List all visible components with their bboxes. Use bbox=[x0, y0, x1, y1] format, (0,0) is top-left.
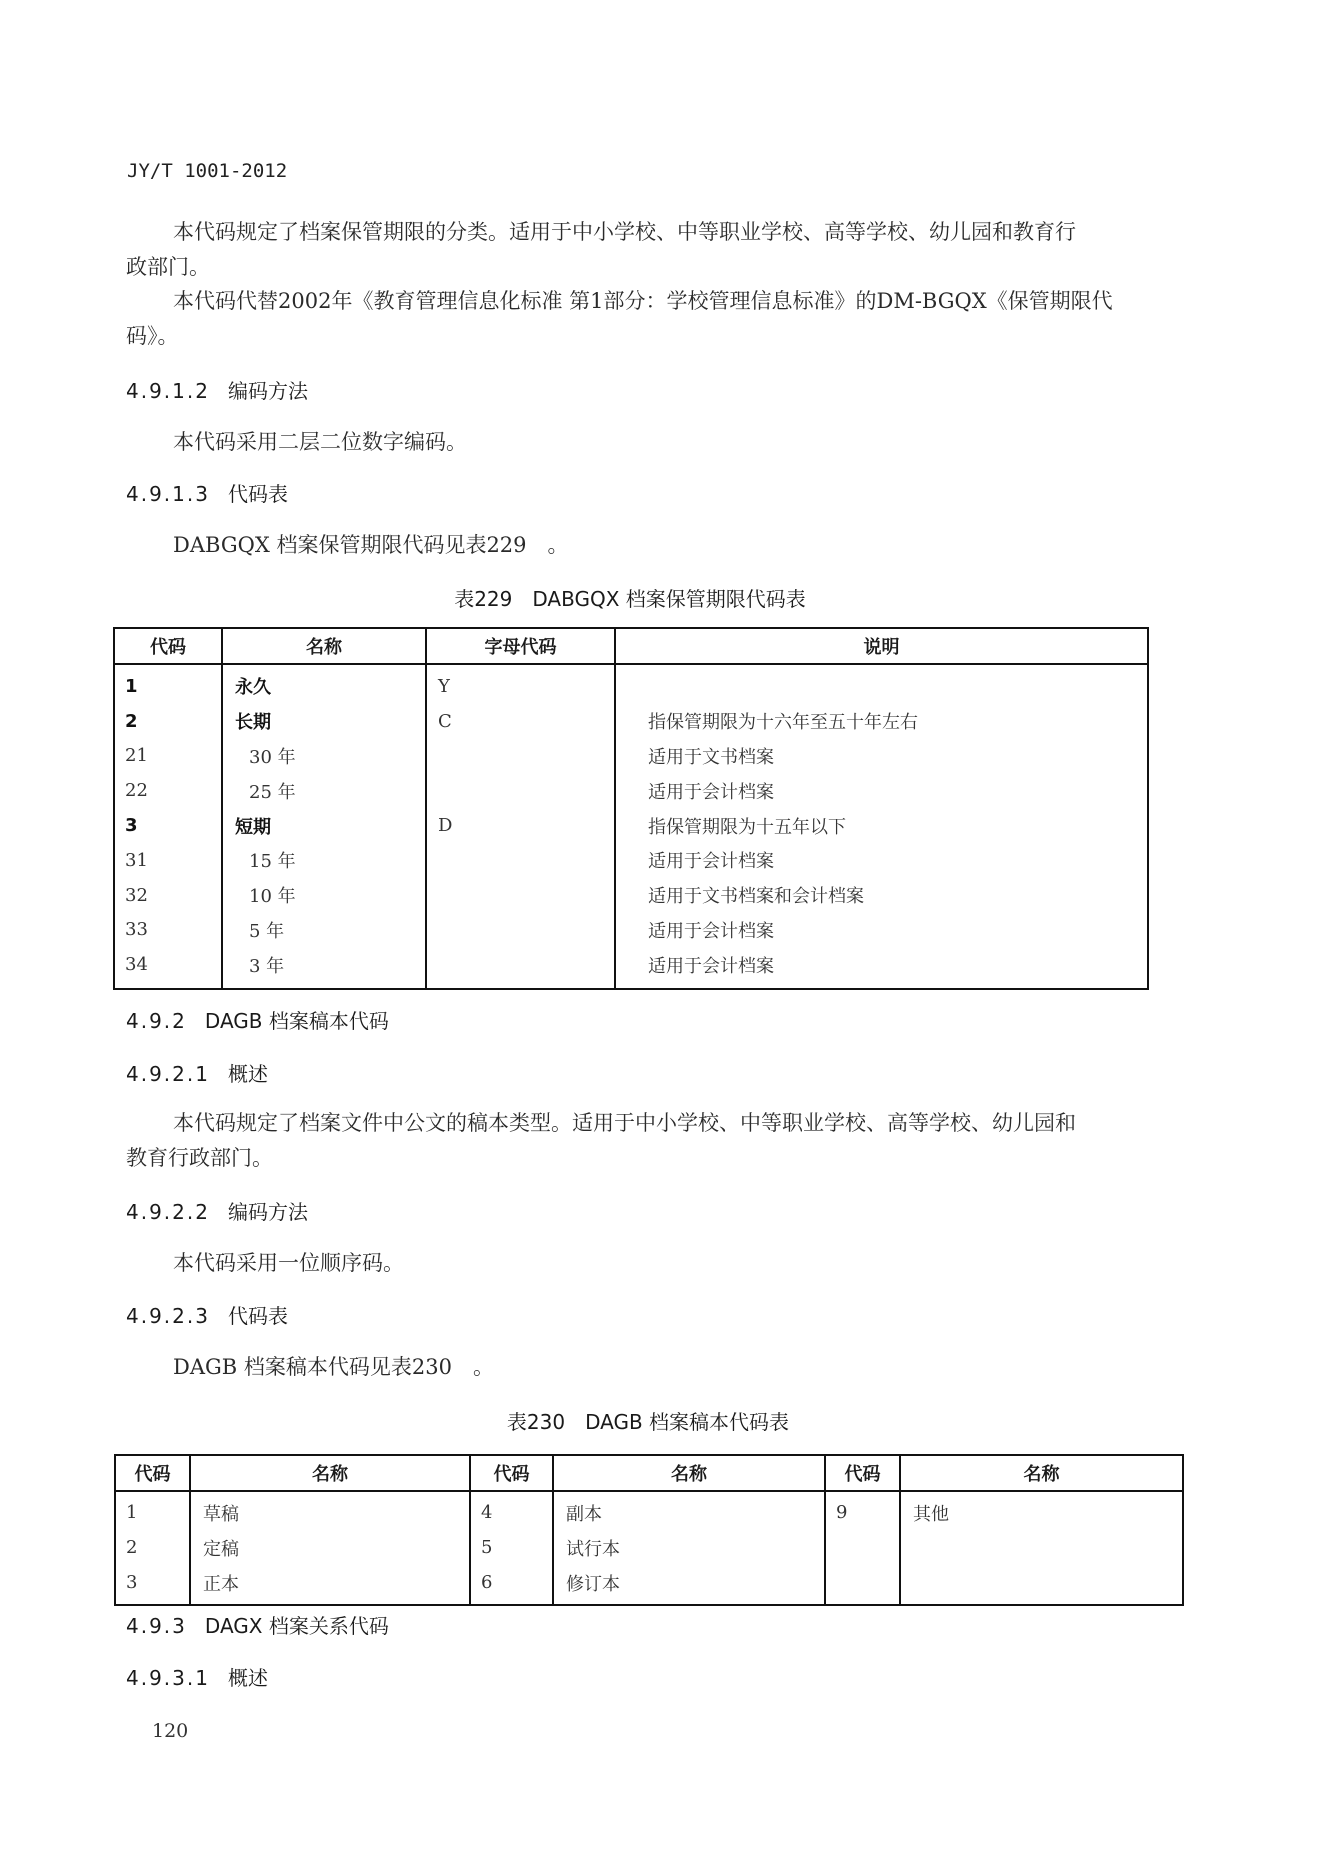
column-header-name: 名称 bbox=[553, 1455, 825, 1491]
table-row: 2 长期 C 指保管期限为十六年至五十年左右 bbox=[114, 704, 1148, 739]
table-row: 33 5 年 适用于会计档案 bbox=[114, 913, 1148, 948]
heading-4-9-3: 4.9.3DAGX 档案关系代码 bbox=[126, 1610, 389, 1639]
table-header-row: 代码 名称 字母代码 说明 bbox=[114, 628, 1148, 664]
cell-name: 其他 bbox=[900, 1491, 1183, 1530]
heading-title: 概述 bbox=[228, 1666, 268, 1690]
cell-code: 2 bbox=[114, 704, 222, 739]
heading-title: 编码方法 bbox=[228, 379, 308, 403]
page-number: 120 bbox=[152, 1720, 188, 1742]
table-row: 1 永久 Y bbox=[114, 664, 1148, 704]
cell-code: 1 bbox=[115, 1491, 190, 1530]
column-header-letter-code: 字母代码 bbox=[426, 628, 615, 664]
cell-description: 适用于会计档案 bbox=[615, 773, 1148, 808]
cell-description: 适用于文书档案和会计档案 bbox=[615, 878, 1148, 913]
cell-name bbox=[900, 1565, 1183, 1605]
cell-code bbox=[825, 1530, 900, 1565]
cell-code: 3 bbox=[115, 1565, 190, 1605]
paragraph-scope-line1: 本代码规定了档案保管期限的分类。适用于中小学校、中等职业学校、高等学校、幼儿园和… bbox=[173, 215, 1076, 250]
cell-description bbox=[615, 664, 1148, 704]
column-header-code: 代码 bbox=[115, 1455, 190, 1491]
column-header-code: 代码 bbox=[114, 628, 222, 664]
heading-4-9-2-3: 4.9.2.3代码表 bbox=[126, 1300, 288, 1329]
heading-4-9-1-3: 4.9.1.3代码表 bbox=[126, 478, 288, 507]
heading-number: 4.9.1.2 bbox=[126, 379, 210, 403]
cell-code: 6 bbox=[470, 1565, 553, 1605]
heading-number: 4.9.2.3 bbox=[126, 1304, 210, 1328]
heading-number: 4.9.3 bbox=[126, 1614, 187, 1638]
cell-code: 1 bbox=[114, 664, 222, 704]
cell-code: 32 bbox=[114, 878, 222, 913]
cell-name: 试行本 bbox=[553, 1530, 825, 1565]
heading-title: 代码表 bbox=[228, 1304, 288, 1328]
table-header-row: 代码 名称 代码 名称 代码 名称 bbox=[115, 1455, 1183, 1491]
heading-number: 4.9.2 bbox=[126, 1009, 187, 1033]
heading-4-9-1-2: 4.9.1.2编码方法 bbox=[126, 375, 308, 404]
cell-letter-code: C bbox=[426, 704, 615, 739]
cell-letter-code: Y bbox=[426, 664, 615, 704]
cell-name: 正本 bbox=[190, 1565, 470, 1605]
cell-name: 副本 bbox=[553, 1491, 825, 1530]
heading-title: DAGX 档案关系代码 bbox=[205, 1614, 389, 1638]
column-header-description: 说明 bbox=[615, 628, 1148, 664]
cell-code: 33 bbox=[114, 913, 222, 948]
paragraph-draft-scope-line1: 本代码规定了档案文件中公文的稿本类型。适用于中小学校、中等职业学校、高等学校、幼… bbox=[173, 1106, 1076, 1141]
paragraph-replace-line1: 本代码代替2002年《教育管理信息化标准 第1部分：学校管理信息标准》的DM-B… bbox=[173, 284, 1113, 319]
cell-letter-code bbox=[426, 878, 615, 913]
table-229-retention-period-codes: 代码 名称 字母代码 说明 1 永久 Y 2 长期 C 指保管期限为十六年至五十… bbox=[113, 627, 1149, 990]
cell-code: 3 bbox=[114, 808, 222, 843]
cell-name: 定稿 bbox=[190, 1530, 470, 1565]
cell-code bbox=[825, 1565, 900, 1605]
cell-description: 指保管期限为十六年至五十年左右 bbox=[615, 704, 1148, 739]
paragraph-coding-method: 本代码采用二层二位数字编码。 bbox=[173, 425, 467, 460]
heading-title: 概述 bbox=[228, 1062, 268, 1086]
cell-code: 31 bbox=[114, 843, 222, 878]
cell-letter-code bbox=[426, 773, 615, 808]
cell-description: 适用于会计档案 bbox=[615, 843, 1148, 878]
document-code: JY/T 1001-2012 bbox=[127, 160, 287, 182]
cell-name: 长期 bbox=[222, 704, 426, 739]
heading-title: 代码表 bbox=[228, 482, 288, 506]
heading-4-9-2: 4.9.2DAGB 档案稿本代码 bbox=[126, 1005, 389, 1034]
table-row: 1 草稿 4 副本 9 其他 bbox=[115, 1491, 1183, 1530]
table-row: 32 10 年 适用于文书档案和会计档案 bbox=[114, 878, 1148, 913]
table-row: 22 25 年 适用于会计档案 bbox=[114, 773, 1148, 808]
column-header-code: 代码 bbox=[825, 1455, 900, 1491]
cell-code: 5 bbox=[470, 1530, 553, 1565]
paragraph-draft-scope-line2: 教育行政部门。 bbox=[126, 1141, 273, 1176]
cell-letter-code bbox=[426, 843, 615, 878]
heading-number: 4.9.2.2 bbox=[126, 1200, 210, 1224]
cell-name: 25 年 bbox=[222, 773, 426, 808]
cell-description: 指保管期限为十五年以下 bbox=[615, 808, 1148, 843]
heading-title: DAGB 档案稿本代码 bbox=[205, 1009, 389, 1033]
column-header-name: 名称 bbox=[900, 1455, 1183, 1491]
cell-name: 15 年 bbox=[222, 843, 426, 878]
column-header-name: 名称 bbox=[190, 1455, 470, 1491]
heading-4-9-2-1: 4.9.2.1概述 bbox=[126, 1058, 268, 1087]
cell-name: 5 年 bbox=[222, 913, 426, 948]
cell-name: 修订本 bbox=[553, 1565, 825, 1605]
heading-number: 4.9.1.3 bbox=[126, 482, 210, 506]
table-row: 3 短期 D 指保管期限为十五年以下 bbox=[114, 808, 1148, 843]
cell-letter-code bbox=[426, 739, 615, 774]
cell-description: 适用于文书档案 bbox=[615, 739, 1148, 774]
paragraph-scope-line2: 政部门。 bbox=[126, 250, 210, 285]
heading-number: 4.9.3.1 bbox=[126, 1666, 210, 1690]
column-header-name: 名称 bbox=[222, 628, 426, 664]
table-230-draft-type-codes: 代码 名称 代码 名称 代码 名称 1 草稿 4 副本 9 其他 2 定稿 5 … bbox=[114, 1454, 1184, 1606]
table-row: 21 30 年 适用于文书档案 bbox=[114, 739, 1148, 774]
paragraph-replace-line2: 码》。 bbox=[126, 319, 179, 354]
cell-letter-code bbox=[426, 913, 615, 948]
table-row: 2 定稿 5 试行本 bbox=[115, 1530, 1183, 1565]
cell-code: 9 bbox=[825, 1491, 900, 1530]
cell-name: 短期 bbox=[222, 808, 426, 843]
cell-name bbox=[900, 1530, 1183, 1565]
cell-name: 草稿 bbox=[190, 1491, 470, 1530]
cell-letter-code: D bbox=[426, 808, 615, 843]
paragraph-draft-coding-method: 本代码采用一位顺序码。 bbox=[173, 1246, 404, 1281]
cell-name: 30 年 bbox=[222, 739, 426, 774]
cell-letter-code bbox=[426, 947, 615, 989]
column-header-code: 代码 bbox=[470, 1455, 553, 1491]
table-row: 3 正本 6 修订本 bbox=[115, 1565, 1183, 1605]
table-229-caption: 表229 DABGQX 档案保管期限代码表 bbox=[113, 583, 1147, 612]
table-230-caption: 表230 DAGB 档案稿本代码表 bbox=[114, 1406, 1182, 1435]
cell-code: 4 bbox=[470, 1491, 553, 1530]
heading-4-9-2-2: 4.9.2.2编码方法 bbox=[126, 1196, 308, 1225]
cell-code: 22 bbox=[114, 773, 222, 808]
cell-name: 永久 bbox=[222, 664, 426, 704]
cell-code: 21 bbox=[114, 739, 222, 774]
heading-number: 4.9.2.1 bbox=[126, 1062, 210, 1086]
heading-title: 编码方法 bbox=[228, 1200, 308, 1224]
heading-4-9-3-1: 4.9.3.1概述 bbox=[126, 1662, 268, 1691]
paragraph-draft-table-reference: DAGB 档案稿本代码见表230 。 bbox=[173, 1350, 494, 1385]
cell-code: 2 bbox=[115, 1530, 190, 1565]
paragraph-table-reference: DABGQX 档案保管期限代码见表229 。 bbox=[173, 528, 569, 563]
cell-name: 10 年 bbox=[222, 878, 426, 913]
cell-description: 适用于会计档案 bbox=[615, 913, 1148, 948]
cell-name: 3 年 bbox=[222, 947, 426, 989]
table-row: 31 15 年 适用于会计档案 bbox=[114, 843, 1148, 878]
cell-code: 34 bbox=[114, 947, 222, 989]
table-row: 34 3 年 适用于会计档案 bbox=[114, 947, 1148, 989]
cell-description: 适用于会计档案 bbox=[615, 947, 1148, 989]
